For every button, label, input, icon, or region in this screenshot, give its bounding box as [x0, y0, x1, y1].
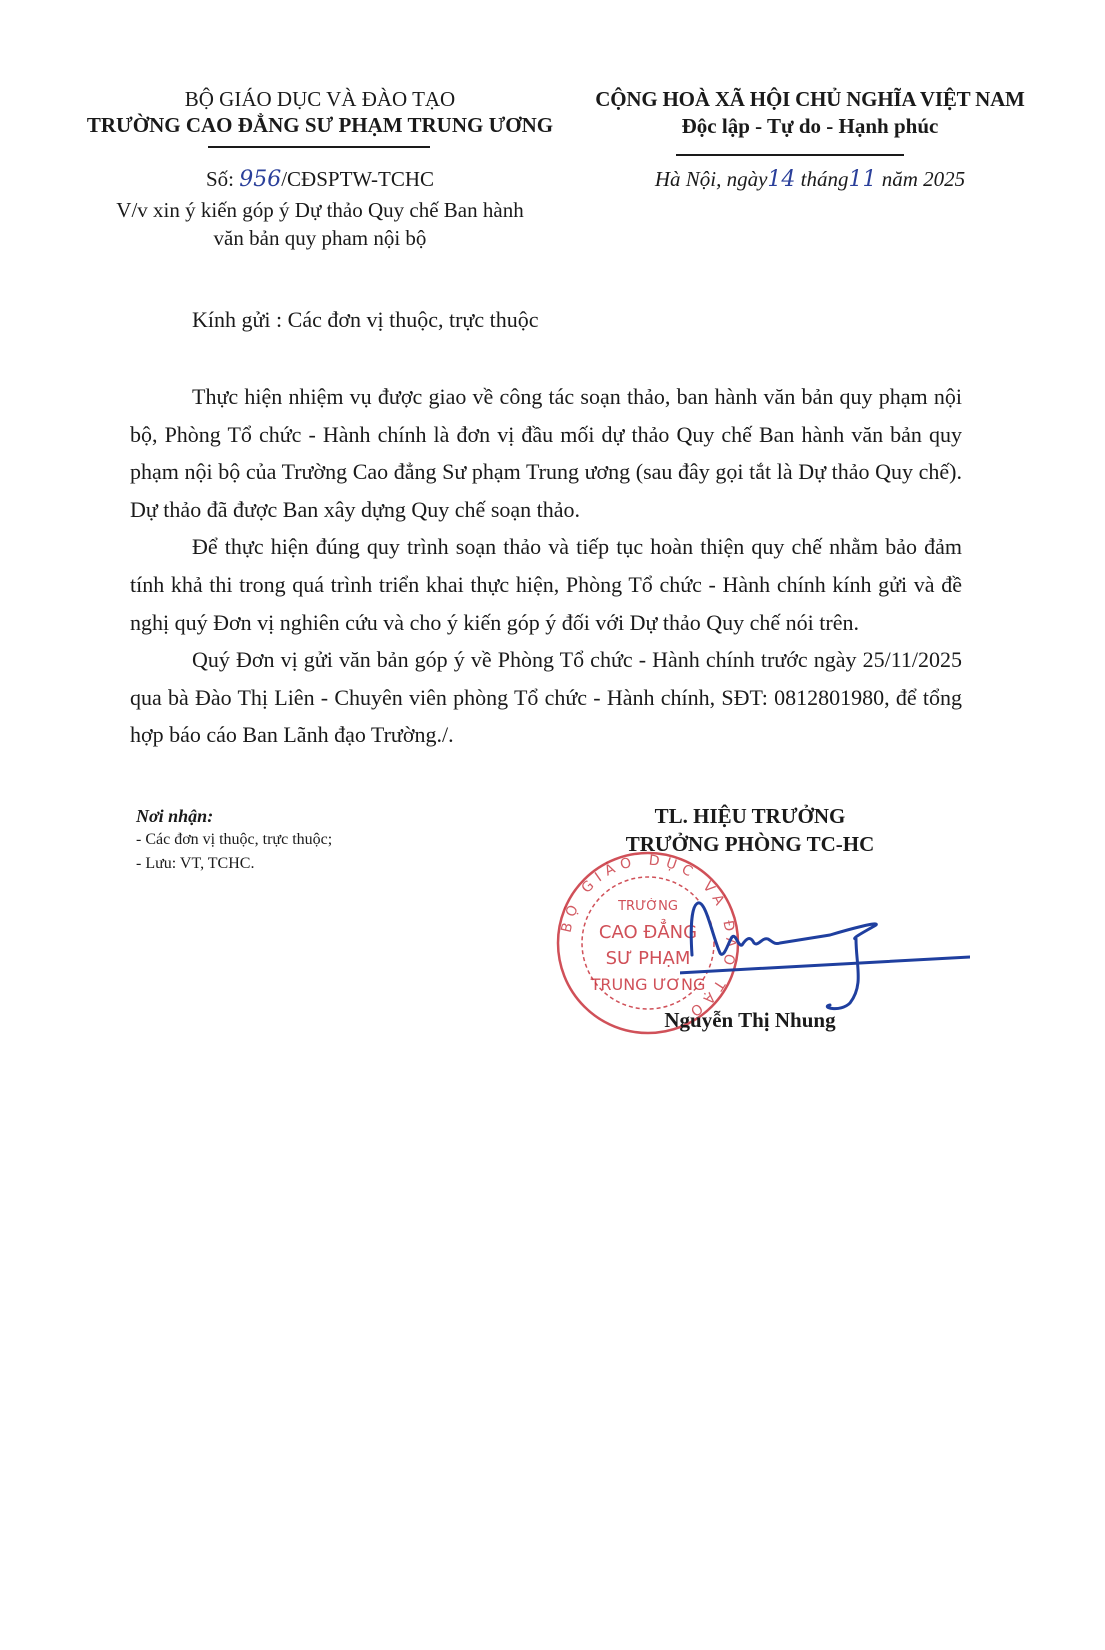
month-label: tháng	[795, 167, 848, 191]
distribution-item: - Các đơn vị thuộc, trực thuộc;	[136, 828, 496, 852]
signer-authority: TL. HIỆU TRƯỞNG	[560, 802, 940, 830]
body-paragraph: Quý Đơn vị gửi văn bản góp ý về Phòng Tổ…	[130, 641, 962, 754]
subject-line-1: V/v xin ý kiến góp ý Dự thảo Quy chế Ban…	[60, 196, 580, 224]
handwritten-signature-icon	[680, 895, 970, 1015]
body-paragraph: Để thực hiện đúng quy trình soạn thảo và…	[130, 528, 962, 641]
svg-text:TRƯỜNG: TRƯỜNG	[617, 898, 678, 914]
issuing-organization: BỘ GIÁO DỤC VÀ ĐÀO TẠO TRƯỜNG CAO ĐẲNG S…	[60, 86, 580, 138]
issue-date: Hà Nội, ngày14 tháng11 năm 2025	[560, 166, 1060, 193]
number-suffix: /CĐSPTW-TCHC	[281, 167, 434, 191]
distribution-list: Nơi nhận: - Các đơn vị thuộc, trực thuộc…	[136, 804, 496, 876]
date-place: Hà Nội, ngày	[655, 167, 768, 191]
recipient-line: Kính gửi : Các đơn vị thuộc, trực thuộc	[192, 307, 538, 333]
document-number: Số: 956/CĐSPTW-TCHC	[60, 166, 580, 193]
document-subject: V/v xin ý kiến góp ý Dự thảo Quy chế Ban…	[60, 196, 580, 252]
svg-text:SƯ PHẠM: SƯ PHẠM	[606, 948, 691, 969]
number-prefix: Số:	[206, 167, 239, 191]
subject-line-2: văn bản quy pham nội bộ	[60, 224, 580, 252]
header-left-divider	[208, 146, 430, 148]
handwritten-day: 14	[767, 167, 795, 192]
handwritten-month: 11	[849, 167, 877, 192]
letter-body: Thực hiện nhiệm vụ được giao về công tác…	[130, 378, 962, 754]
signer-name: Nguyễn Thị Nhung	[600, 1008, 900, 1033]
national-header: CỘNG HOÀ XÃ HỘI CHỦ NGHĨA VIỆT NAM Độc l…	[560, 86, 1060, 140]
distribution-title: Nơi nhận:	[136, 804, 496, 828]
ministry-name: BỘ GIÁO DỤC VÀ ĐÀO TẠO	[60, 86, 580, 112]
school-name: TRƯỜNG CAO ĐẲNG SƯ PHẠM TRUNG ƯƠNG	[60, 112, 580, 138]
distribution-item: - Lưu: VT, TCHC.	[136, 852, 496, 876]
republic-name: CỘNG HOÀ XÃ HỘI CHỦ NGHĨA VIỆT NAM	[560, 86, 1060, 112]
header-right-divider	[676, 154, 904, 156]
handwritten-number: 956	[239, 167, 281, 192]
national-motto: Độc lập - Tự do - Hạnh phúc	[560, 112, 1060, 140]
date-year: năm 2025	[877, 167, 966, 191]
body-paragraph: Thực hiện nhiệm vụ được giao về công tác…	[130, 378, 962, 528]
